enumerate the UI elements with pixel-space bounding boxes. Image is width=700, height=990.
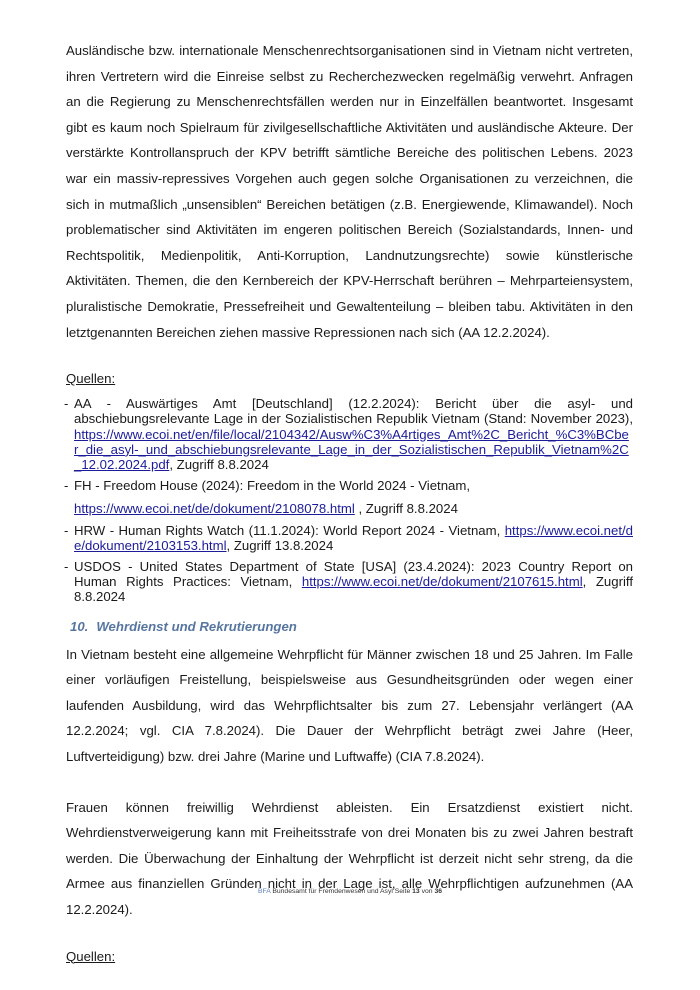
page-number: 13	[412, 888, 420, 895]
section-heading: 10.Wehrdienst und Rekrutierungen	[66, 619, 633, 634]
source-item-usdos: -USDOS - United States Department of Sta…	[66, 559, 633, 605]
source-item-aa: -AA - Auswärtiges Amt [Deutschland] (12.…	[66, 396, 633, 472]
intro-paragraph: Ausländische bzw. internationale Mensche…	[66, 38, 633, 345]
source-link-aa[interactable]: https://www.ecoi.net/en/file/local/21043…	[74, 427, 629, 472]
page-footer: BFA Bundesamt für Fremdenwesen und Asyl …	[0, 888, 700, 895]
document-page: Ausländische bzw. internationale Mensche…	[66, 38, 633, 964]
page-total: 36	[434, 888, 442, 895]
footer-brand: BFA	[258, 888, 270, 895]
section-paragraph-2: Frauen können freiwillig Wehrdienst able…	[66, 795, 633, 923]
section-paragraph-1: In Vietnam besteht eine allgemeine Wehrp…	[66, 642, 633, 770]
source-link-fh[interactable]: https://www.ecoi.net/de/dokument/2108078…	[74, 501, 355, 516]
section-title: Wehrdienst und Rekrutierungen	[96, 619, 297, 634]
section-number: 10.	[70, 619, 88, 634]
sources-label-2: Quellen:	[66, 949, 633, 964]
source-item-fh: -FH - Freedom House (2024): Freedom in t…	[66, 478, 633, 516]
source-item-hrw: -HRW - Human Rights Watch (11.1.2024): W…	[66, 523, 633, 553]
source-link-usdos[interactable]: https://www.ecoi.net/de/dokument/2107615…	[302, 574, 583, 589]
sources-list: -AA - Auswärtiges Amt [Deutschland] (12.…	[66, 396, 633, 604]
sources-label: Quellen:	[66, 371, 633, 386]
